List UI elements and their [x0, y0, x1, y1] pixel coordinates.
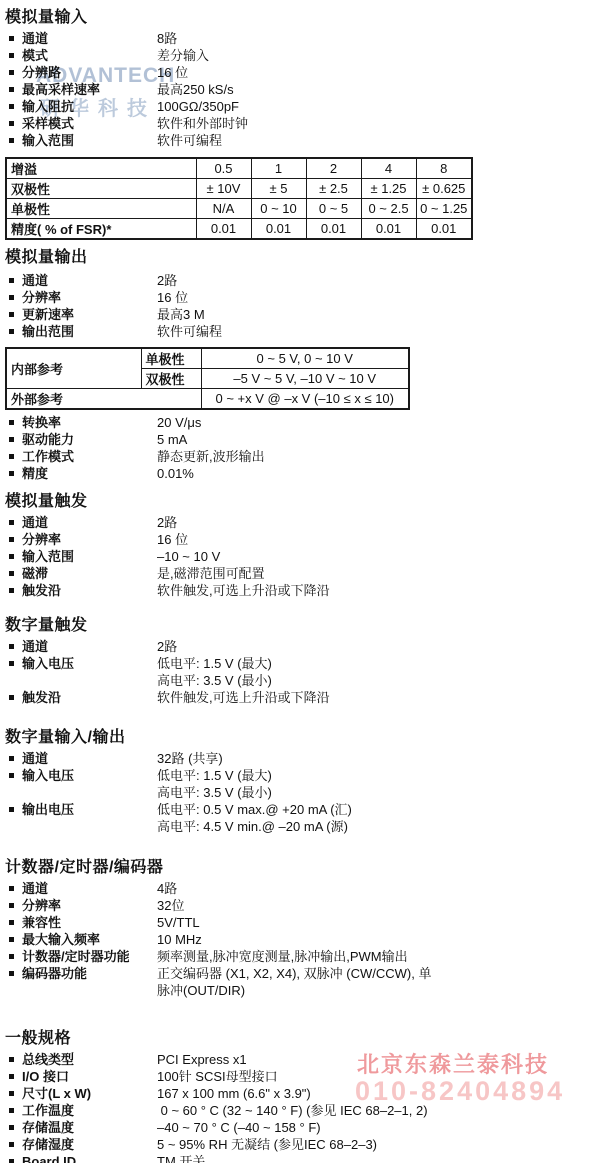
- spec-label: 分辨路: [22, 64, 157, 81]
- spec-value: 8路: [157, 30, 600, 47]
- spec-value-line: 2路: [157, 638, 600, 655]
- spec-value-line: 高电平: 3.5 V (最小): [157, 672, 600, 689]
- spec-value-line: 低电平: 1.5 V (最大): [157, 767, 600, 784]
- spec-row: 通道2路: [0, 514, 600, 531]
- gain-cell: ± 1.25: [361, 179, 416, 199]
- spec-label: 输入范围: [22, 548, 157, 565]
- spec-value-line: 10 MHz: [157, 931, 600, 948]
- spec-row: 分辨率16 位: [0, 531, 600, 548]
- section-title-general-specs: 一般规格: [5, 1029, 600, 1049]
- spec-value-line: 正交编码器 (X1, X2, X4), 双脉冲 (CW/CCW), 单: [157, 965, 600, 982]
- spec-label: 兼容性: [22, 914, 157, 931]
- spec-content: 模拟量输入 通道8路 模式差分输入 分辨路16 位 最高采样速率最高250 kS…: [0, 8, 600, 1163]
- counter-list: 通道4路 分辨率32位 兼容性5V/TTL 最大输入频率10 MHz 计数器/定…: [0, 880, 600, 999]
- spec-row: 最高采样速率最高250 kS/s: [0, 81, 600, 98]
- general-specs-list: 总线类型PCI Express x1 I/O 接口100针 SCSI母型接口 尺…: [0, 1051, 600, 1163]
- spec-label: 计数器/定时器功能: [22, 948, 157, 965]
- spec-value-line: 5 ~ 95% RH 无凝结 (参见IEC 68–2–3): [157, 1136, 600, 1153]
- spec-value-line: 低电平: 1.5 V (最大): [157, 655, 600, 672]
- bullet-icon: [9, 70, 14, 75]
- spec-value: 软件可编程: [157, 132, 600, 149]
- bullet-icon: [9, 756, 14, 761]
- bullet-icon: [9, 920, 14, 925]
- spec-label: 模式: [22, 47, 157, 64]
- gain-cell: 0.01: [416, 219, 472, 240]
- spec-value: 频率测量,脉冲宽度测量,脉冲输出,PWM输出: [157, 948, 600, 965]
- table-row: 精度( % of FSR)* 0.01 0.01 0.01 0.01 0.01: [6, 219, 472, 240]
- gain-cell: 1: [251, 158, 306, 179]
- spec-value-line: 高电平: 3.5 V (最小): [157, 784, 600, 801]
- table-row: 内部参考 单极性 0 ~ 5 V, 0 ~ 10 V: [6, 348, 409, 369]
- spec-value: 16 位: [157, 289, 600, 306]
- spec-label: 通道: [22, 30, 157, 47]
- spec-label: 输入范围: [22, 132, 157, 149]
- spec-row: 存储温度–40 ~ 70 ° C (–40 ~ 158 ° F): [0, 1119, 600, 1136]
- spec-label: 通道: [22, 638, 157, 655]
- spec-row: 分辨率16 位: [0, 289, 600, 306]
- spec-label: 采样模式: [22, 115, 157, 132]
- gain-cell: 0.01: [251, 219, 306, 240]
- spec-row: 更新速率最高3 M: [0, 306, 600, 323]
- spec-value: 是,磁滞范围可配置: [157, 565, 600, 582]
- spec-value-line: 0.01%: [157, 465, 600, 482]
- gain-cell: 0 ~ 10: [251, 199, 306, 219]
- bullet-icon: [9, 644, 14, 649]
- bullet-icon: [9, 471, 14, 476]
- spec-label: 通道: [22, 514, 157, 531]
- gain-row-label: 精度( % of FSR)*: [6, 219, 196, 240]
- gain-cell: 0 ~ 2.5: [361, 199, 416, 219]
- spec-value-line: 最高250 kS/s: [157, 81, 600, 98]
- spec-value-line: 5 mA: [157, 431, 600, 448]
- spec-value: 16 位: [157, 64, 600, 81]
- spec-value-line: 低电平: 0.5 V max.@ +20 mA (汇): [157, 801, 600, 818]
- spec-row: 总线类型PCI Express x1: [0, 1051, 600, 1068]
- spec-value: 5 mA: [157, 431, 600, 448]
- spec-value: 软件可编程: [157, 323, 600, 340]
- bipolar-label: 双极性: [141, 369, 201, 389]
- spec-label: 触发沿: [22, 582, 157, 599]
- spec-row: 精度0.01%: [0, 465, 600, 482]
- spec-label: 存储湿度: [22, 1136, 157, 1153]
- spec-row: 分辨路16 位: [0, 64, 600, 81]
- analog-trigger-list: 通道2路 分辨率16 位 输入范围–10 ~ 10 V 磁滞是,磁滞范围可配置 …: [0, 514, 600, 599]
- spec-value: 32路 (共享): [157, 750, 600, 767]
- spec-row: 触发沿软件触发,可选上升沿或下降沿: [0, 689, 600, 706]
- spec-value-line: 频率测量,脉冲宽度测量,脉冲输出,PWM输出: [157, 948, 600, 965]
- spec-value: 0.01%: [157, 465, 600, 482]
- spec-row: 输出范围软件可编程: [0, 323, 600, 340]
- spec-value: 4路: [157, 880, 600, 897]
- spec-label: 工作模式: [22, 448, 157, 465]
- spec-row: 工作温度 0 ~ 60 ° C (32 ~ 140 ° F) (参见 IEC 6…: [0, 1102, 600, 1119]
- spec-value-line: 16 位: [157, 531, 600, 548]
- spec-value-line: 0 ~ 60 ° C (32 ~ 140 ° F) (参见 IEC 68–2–1…: [157, 1102, 600, 1119]
- bullet-icon: [9, 104, 14, 109]
- spec-value-line: 静态更新,波形输出: [157, 448, 600, 465]
- spec-label: I/O 接口: [22, 1068, 157, 1085]
- gain-cell: ± 10V: [196, 179, 251, 199]
- spec-label: 触发沿: [22, 689, 157, 706]
- bullet-icon: [9, 937, 14, 942]
- bullet-icon: [9, 53, 14, 58]
- spec-label: Board ID: [22, 1153, 157, 1163]
- gain-table: 增溢 0.5 1 2 4 8 双极性 ± 10V ± 5 ± 2.5 ± 1.2…: [5, 157, 473, 240]
- spec-row: 采样模式软件和外部时钟: [0, 115, 600, 132]
- spec-row: 通道32路 (共享): [0, 750, 600, 767]
- spec-label: 通道: [22, 880, 157, 897]
- spec-value-line: 16 位: [157, 289, 600, 306]
- section-title-digital-io: 数字量输入/输出: [5, 728, 600, 748]
- spec-label: 转换率: [22, 414, 157, 431]
- gain-cell: N/A: [196, 199, 251, 219]
- spec-label: 最大输入频率: [22, 931, 157, 948]
- spec-row: 输入范围–10 ~ 10 V: [0, 548, 600, 565]
- bullet-icon: [9, 312, 14, 317]
- spec-row: 尺寸(L x W)167 x 100 mm (6.6" x 3.9"): [0, 1085, 600, 1102]
- spec-value-line: 脉冲(OUT/DIR): [157, 982, 600, 999]
- bullet-icon: [9, 1074, 14, 1079]
- external-ref-label: 外部参考: [6, 389, 201, 410]
- spec-row: 通道8路: [0, 30, 600, 47]
- gain-cell: ± 0.625: [416, 179, 472, 199]
- spec-value-line: 2路: [157, 514, 600, 531]
- section-title-counter-timer-encoder: 计数器/定时器/编码器: [5, 858, 600, 878]
- spec-row: 转换率20 V/μs: [0, 414, 600, 431]
- bullet-icon: [9, 954, 14, 959]
- bullet-icon: [9, 661, 14, 666]
- spec-label: 分辨率: [22, 289, 157, 306]
- gain-cell: 2: [306, 158, 361, 179]
- bullet-icon: [9, 1159, 14, 1163]
- spec-value: 5V/TTL: [157, 914, 600, 931]
- digital-trigger-list: 通道2路 输入电压低电平: 1.5 V (最大)高电平: 3.5 V (最小) …: [0, 638, 600, 706]
- spec-value-line: 5V/TTL: [157, 914, 600, 931]
- spec-value: TM 开关: [157, 1153, 600, 1163]
- spec-value-line: 是,磁滞范围可配置: [157, 565, 600, 582]
- spec-value-line: 100针 SCSI母型接口: [157, 1068, 600, 1085]
- spec-label: 分辨率: [22, 897, 157, 914]
- gain-cell: 0.01: [306, 219, 361, 240]
- spec-value: 20 V/μs: [157, 414, 600, 431]
- spec-label: 工作温度: [22, 1102, 157, 1119]
- spec-value-line: 8路: [157, 30, 600, 47]
- bullet-icon: [9, 36, 14, 41]
- table-row: 单极性 N/A 0 ~ 10 0 ~ 5 0 ~ 2.5 0 ~ 1.25: [6, 199, 472, 219]
- spec-row: 输入电压低电平: 1.5 V (最大)高电平: 3.5 V (最小): [0, 767, 600, 801]
- spec-value: 100GΩ/350pF: [157, 98, 600, 115]
- gain-cell: 0 ~ 1.25: [416, 199, 472, 219]
- analog-output-list-2: 转换率20 V/μs 驱动能力5 mA 工作模式静态更新,波形输出 精度0.01…: [0, 414, 600, 482]
- bullet-icon: [9, 695, 14, 700]
- bullet-icon: [9, 138, 14, 143]
- bullet-icon: [9, 1125, 14, 1130]
- section-title-analog-trigger: 模拟量触发: [5, 492, 600, 512]
- spec-row: 通道2路: [0, 638, 600, 655]
- spec-label: 总线类型: [22, 1051, 157, 1068]
- bullet-icon: [9, 807, 14, 812]
- spec-label: 尺寸(L x W): [22, 1085, 157, 1102]
- bullet-icon: [9, 537, 14, 542]
- table-row: 增溢 0.5 1 2 4 8: [6, 158, 472, 179]
- spec-value-line: 软件触发,可选上升沿或下降沿: [157, 582, 600, 599]
- spec-row: 最大输入频率10 MHz: [0, 931, 600, 948]
- gain-cell: ± 5: [251, 179, 306, 199]
- gain-cell: 8: [416, 158, 472, 179]
- bullet-icon: [9, 420, 14, 425]
- spec-value: 2路: [157, 514, 600, 531]
- spec-value: PCI Express x1: [157, 1051, 600, 1068]
- spec-row: 触发沿软件触发,可选上升沿或下降沿: [0, 582, 600, 599]
- bullet-icon: [9, 121, 14, 126]
- spec-value-line: 4路: [157, 880, 600, 897]
- spec-label: 驱动能力: [22, 431, 157, 448]
- spec-value-line: 16 位: [157, 64, 600, 81]
- spec-value: 最高3 M: [157, 306, 600, 323]
- bullet-icon: [9, 903, 14, 908]
- gain-cell: ± 2.5: [306, 179, 361, 199]
- bullet-icon: [9, 520, 14, 525]
- gain-cell: 0 ~ 5: [306, 199, 361, 219]
- spec-row: I/O 接口100针 SCSI母型接口: [0, 1068, 600, 1085]
- spec-row: 存储湿度5 ~ 95% RH 无凝结 (参见IEC 68–2–3): [0, 1136, 600, 1153]
- spec-label: 编码器功能: [22, 965, 157, 982]
- spec-value-line: –40 ~ 70 ° C (–40 ~ 158 ° F): [157, 1119, 600, 1136]
- external-ref-value: 0 ~ +x V @ –x V (–10 ≤ x ≤ 10): [201, 389, 409, 410]
- bullet-icon: [9, 1057, 14, 1062]
- spec-label: 输出范围: [22, 323, 157, 340]
- spec-row: Board IDTM 开关: [0, 1153, 600, 1163]
- spec-value-line: 100GΩ/350pF: [157, 98, 600, 115]
- gain-cell: 0.01: [196, 219, 251, 240]
- spec-label: 磁滞: [22, 565, 157, 582]
- spec-value: 10 MHz: [157, 931, 600, 948]
- spec-value-line: 20 V/μs: [157, 414, 600, 431]
- spec-value: 32位: [157, 897, 600, 914]
- bipolar-value: –5 V ~ 5 V, –10 V ~ 10 V: [201, 369, 409, 389]
- spec-label: 通道: [22, 750, 157, 767]
- bullet-icon: [9, 773, 14, 778]
- bullet-icon: [9, 886, 14, 891]
- spec-value-line: 软件触发,可选上升沿或下降沿: [157, 689, 600, 706]
- spec-row: 通道2路: [0, 272, 600, 289]
- bullet-icon: [9, 437, 14, 442]
- spec-row: 驱动能力5 mA: [0, 431, 600, 448]
- spec-value-line: 高电平: 4.5 V min.@ –20 mA (源): [157, 818, 600, 835]
- reference-table: 内部参考 单极性 0 ~ 5 V, 0 ~ 10 V 双极性 –5 V ~ 5 …: [5, 347, 410, 410]
- spec-label: 存储温度: [22, 1119, 157, 1136]
- bullet-icon: [9, 1108, 14, 1113]
- bullet-icon: [9, 971, 14, 976]
- datasheet-page: ADVANTECH 研华科技 北京东森兰泰科技 010-82404894 模拟量…: [0, 0, 600, 1163]
- unipolar-label: 单极性: [141, 348, 201, 369]
- spec-value: 低电平: 0.5 V max.@ +20 mA (汇)高电平: 4.5 V mi…: [157, 801, 600, 835]
- spec-value-line: –10 ~ 10 V: [157, 548, 600, 565]
- spec-value: 16 位: [157, 531, 600, 548]
- spec-value-line: PCI Express x1: [157, 1051, 600, 1068]
- spec-value: 低电平: 1.5 V (最大)高电平: 3.5 V (最小): [157, 767, 600, 801]
- spec-row: 编码器功能正交编码器 (X1, X2, X4), 双脉冲 (CW/CCW), 单…: [0, 965, 600, 999]
- gain-row-label: 双极性: [6, 179, 196, 199]
- bullet-icon: [9, 571, 14, 576]
- spec-row: 分辨率32位: [0, 897, 600, 914]
- spec-value: 软件触发,可选上升沿或下降沿: [157, 689, 600, 706]
- internal-ref-label: 内部参考: [6, 348, 141, 389]
- spec-row: 计数器/定时器功能频率测量,脉冲宽度测量,脉冲输出,PWM输出: [0, 948, 600, 965]
- digital-io-list: 通道32路 (共享) 输入电压低电平: 1.5 V (最大)高电平: 3.5 V…: [0, 750, 600, 835]
- spec-label: 更新速率: [22, 306, 157, 323]
- spec-value: 5 ~ 95% RH 无凝结 (参见IEC 68–2–3): [157, 1136, 600, 1153]
- gain-cell: 0.01: [361, 219, 416, 240]
- analog-input-list: 通道8路 模式差分输入 分辨路16 位 最高采样速率最高250 kS/s 输入阻…: [0, 30, 600, 149]
- spec-row: 输出电压低电平: 0.5 V max.@ +20 mA (汇)高电平: 4.5 …: [0, 801, 600, 835]
- bullet-icon: [9, 295, 14, 300]
- section-title-analog-input: 模拟量输入: [5, 8, 600, 28]
- spec-label: 分辨率: [22, 531, 157, 548]
- spec-row: 模式差分输入: [0, 47, 600, 64]
- spec-label: 输入电压: [22, 655, 157, 672]
- bullet-icon: [9, 1142, 14, 1147]
- bullet-icon: [9, 588, 14, 593]
- spec-row: 工作模式静态更新,波形输出: [0, 448, 600, 465]
- unipolar-value: 0 ~ 5 V, 0 ~ 10 V: [201, 348, 409, 369]
- spec-value-line: 167 x 100 mm (6.6" x 3.9"): [157, 1085, 600, 1102]
- spec-value: 2路: [157, 272, 600, 289]
- analog-output-list: 通道2路 分辨率16 位 更新速率最高3 M 输出范围软件可编程: [0, 272, 600, 340]
- spec-value: 软件和外部时钟: [157, 115, 600, 132]
- spec-value: –10 ~ 10 V: [157, 548, 600, 565]
- spec-value: 2路: [157, 638, 600, 655]
- spec-value: 差分输入: [157, 47, 600, 64]
- bullet-icon: [9, 454, 14, 459]
- spec-value-line: 32位: [157, 897, 600, 914]
- spec-row: 输入范围软件可编程: [0, 132, 600, 149]
- spec-value: 正交编码器 (X1, X2, X4), 双脉冲 (CW/CCW), 单脉冲(OU…: [157, 965, 600, 999]
- spec-value: 167 x 100 mm (6.6" x 3.9"): [157, 1085, 600, 1102]
- bullet-icon: [9, 329, 14, 334]
- spec-label: 输入阻抗: [22, 98, 157, 115]
- bullet-icon: [9, 554, 14, 559]
- spec-value: 最高250 kS/s: [157, 81, 600, 98]
- spec-row: 通道4路: [0, 880, 600, 897]
- spec-value-line: 差分输入: [157, 47, 600, 64]
- table-row: 外部参考 0 ~ +x V @ –x V (–10 ≤ x ≤ 10): [6, 389, 409, 410]
- spec-value: 100针 SCSI母型接口: [157, 1068, 600, 1085]
- table-row: 双极性 ± 10V ± 5 ± 2.5 ± 1.25 ± 0.625: [6, 179, 472, 199]
- section-title-digital-trigger: 数字量触发: [5, 616, 600, 636]
- spec-value-line: 2路: [157, 272, 600, 289]
- spec-row: 兼容性5V/TTL: [0, 914, 600, 931]
- spec-row: 输入阻抗100GΩ/350pF: [0, 98, 600, 115]
- section-title-analog-output: 模拟量输出: [5, 248, 600, 268]
- bullet-icon: [9, 1091, 14, 1096]
- spec-value: 0 ~ 60 ° C (32 ~ 140 ° F) (参见 IEC 68–2–1…: [157, 1102, 600, 1119]
- spec-value-line: 软件可编程: [157, 323, 600, 340]
- gain-cell: 0.5: [196, 158, 251, 179]
- spec-label: 输出电压: [22, 801, 157, 818]
- gain-row-label: 增溢: [6, 158, 196, 179]
- spec-label: 输入电压: [22, 767, 157, 784]
- spec-label: 最高采样速率: [22, 81, 157, 98]
- spec-value: –40 ~ 70 ° C (–40 ~ 158 ° F): [157, 1119, 600, 1136]
- spec-label: 通道: [22, 272, 157, 289]
- spec-label: 精度: [22, 465, 157, 482]
- spec-value-line: TM 开关: [157, 1153, 600, 1163]
- bullet-icon: [9, 278, 14, 283]
- bullet-icon: [9, 87, 14, 92]
- spec-row: 磁滞是,磁滞范围可配置: [0, 565, 600, 582]
- spec-value-line: 软件和外部时钟: [157, 115, 600, 132]
- spec-value-line: 软件可编程: [157, 132, 600, 149]
- spec-value: 低电平: 1.5 V (最大)高电平: 3.5 V (最小): [157, 655, 600, 689]
- spec-value: 静态更新,波形输出: [157, 448, 600, 465]
- spec-value: 软件触发,可选上升沿或下降沿: [157, 582, 600, 599]
- spec-row: 输入电压低电平: 1.5 V (最大)高电平: 3.5 V (最小): [0, 655, 600, 689]
- gain-cell: 4: [361, 158, 416, 179]
- spec-value-line: 最高3 M: [157, 306, 600, 323]
- gain-row-label: 单极性: [6, 199, 196, 219]
- spec-value-line: 32路 (共享): [157, 750, 600, 767]
